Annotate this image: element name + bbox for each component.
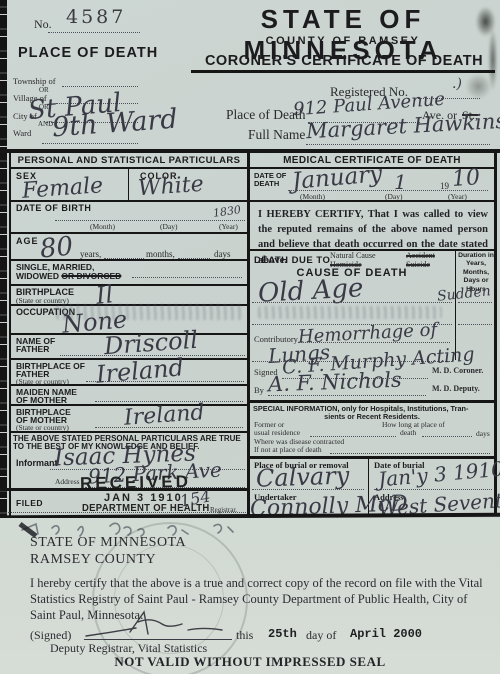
deputy-signature-value: A. F. Nichols [268,368,402,397]
death-certificate-scan: No. 4587 STATE OF MINNESOTA COUNTY OF RA… [0,0,500,674]
coroner-label: M. D. Coroner. [432,366,483,375]
filed-row-rule [0,488,250,491]
registered-no-value: .) [452,76,462,92]
by-line [268,394,426,396]
accident-option-struck: Accident [406,251,435,260]
footer-signature-line [84,638,232,640]
dob-value: 1830 [212,203,242,220]
certificate-number-value: 4587 [66,6,126,28]
township-label: Township of [13,76,56,86]
sex-color-divider [128,169,129,200]
footer-state: STATE OF MINNESOTA [30,535,186,551]
death-due-to-label: DEATH DUE TO [254,255,330,266]
age-years-label: years, [80,249,101,259]
row-rule-1 [9,200,249,202]
informant-label: Informant [16,458,58,468]
certification-line1: I hereby certify that the above is a tru… [30,576,483,591]
certificate-title: CORONER'S CERTIFICATE OF DEATH [193,53,495,69]
dob-label: DATE OF BIRTH [16,203,91,213]
special-info-line2: sients or Recent Residents. [252,412,492,421]
medical-rule-3 [249,400,497,403]
burial-place-line [252,488,364,490]
age-label: AGE [16,236,39,246]
registrar-label: Registrar. [210,506,237,514]
duration-line-2 [458,323,492,325]
marital-struck-options: OR DIVORCED [61,271,121,281]
where-contracted-line [330,452,490,454]
marital-line [132,276,242,278]
burial-section-rule [249,456,497,459]
footer-day-value: 25th [268,627,297,641]
footer-day-of-label: day of [306,628,336,643]
date-of-death-year-value: 10 [451,165,481,192]
date-of-death-line [288,189,488,191]
row-rule-4 [9,284,249,286]
father-label-line2: FATHER [16,344,49,354]
township-line [62,85,138,87]
howlong-line [422,435,472,437]
where-contracted-label-line2: If not at place of death [254,445,322,454]
certificate-number-line [48,31,140,33]
row-rule-10 [9,431,249,433]
mother-birthplace-line [95,426,243,428]
footer-this-label: this [236,628,253,643]
howlong-days-label: days [476,429,490,438]
deputy-registrar-signature [84,606,224,642]
howlong-label-line2: death [400,428,416,437]
full-name-line [306,143,490,145]
marital-widowed: WIDOWED [16,271,59,281]
ward-label: Ward [13,128,31,138]
duration-line-1 [458,301,492,303]
filed-label: FILED [16,498,43,508]
father-birthplace-line [86,380,244,382]
county-title: COUNTY OF RAMSEY [188,35,498,47]
medical-rule-1 [249,200,497,202]
section-rule-top [0,149,500,153]
by-label: By [254,385,264,395]
place-of-death-heading: PLACE OF DEATH [18,45,158,61]
cause-of-death-value: Old Age [257,273,364,308]
row-rule-8 [9,384,249,386]
binding-edge [0,0,7,516]
deputy-label: M. D. Deputy. [432,384,480,393]
dob-line [55,219,245,221]
cause-line-1 [252,301,452,303]
certificate-number-label: No. [34,17,52,32]
age-months-label: months, [146,249,175,259]
marital-label-line2: WIDOWED OR DIVORCED [16,271,121,281]
full-name-label: Full Name [248,127,305,143]
natural-cause-option: Natural Cause [330,251,376,260]
color-value: White [137,172,204,202]
informant-address-label: Address [55,477,80,486]
dob-year-caption: (Year) [219,222,238,231]
row-rule-3 [9,259,249,261]
footer-date-value: April 2000 [350,627,422,641]
not-valid-notice: NOT VALID WITHOUT IMPRESSED SEAL [60,654,440,670]
ink-bleed-through-2 [258,306,442,319]
footer-county: RAMSEY COUNTY [30,552,156,568]
certification-line2: Statistics Registry of Saint Paul - Rams… [30,592,467,607]
personal-heading-rule [9,167,249,169]
age-days-label: days [214,249,231,259]
title-underline [191,70,495,73]
ward-line [42,142,138,144]
personal-heading: PERSONAL AND STATISTICAL PARTICULARS [11,155,247,166]
dob-day-caption: (Day) [160,222,178,231]
former-residence-label-line2: usual residence [254,428,300,437]
dob-month-caption: (Month) [90,222,115,231]
date-of-death-label-line2: DEATH [254,179,279,188]
